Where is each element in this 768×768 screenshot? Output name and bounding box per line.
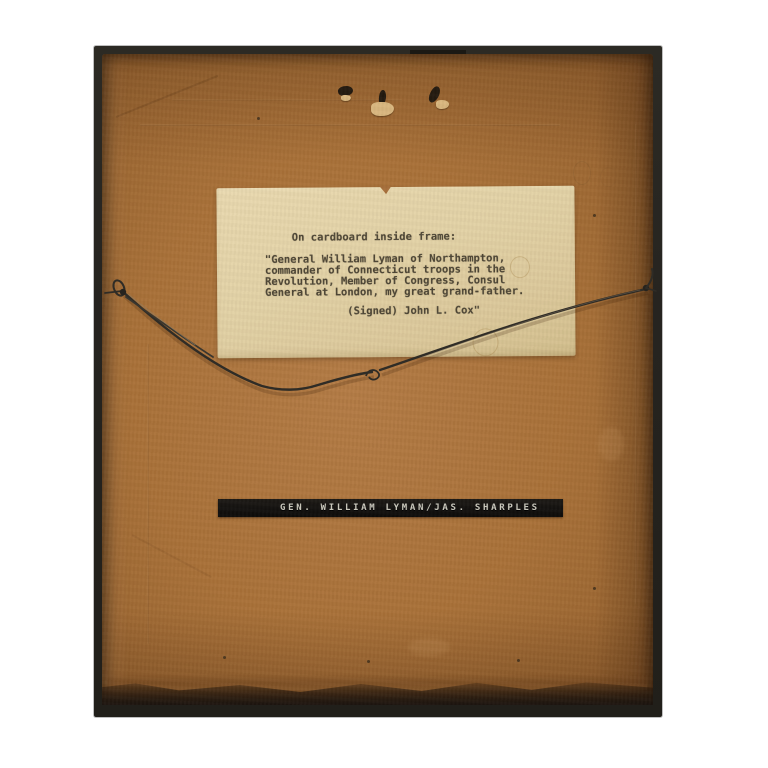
torn-paper-flap — [436, 100, 449, 109]
stain — [598, 427, 624, 461]
label-body: "General William Lyman of Northampton, c… — [265, 253, 575, 299]
torn-paper-flap — [371, 102, 394, 116]
crease — [132, 534, 212, 578]
crease — [140, 124, 560, 126]
nail-hole — [257, 117, 260, 120]
label-signature: (Signed) John L. Cox" — [347, 305, 575, 318]
stain — [408, 638, 450, 656]
crease — [635, 124, 637, 604]
nail-hole — [593, 587, 596, 590]
provenance-label: On cardboard inside frame: "General Will… — [216, 186, 575, 358]
cardboard-backing: On cardboard inside frame: "General Will… — [102, 54, 653, 705]
embossed-name-tape: GEN. WILLIAM LYMAN/JAS. SHARPLES — [218, 499, 563, 517]
nail-hole — [367, 660, 370, 663]
crease — [172, 99, 402, 101]
stain-ring — [472, 328, 498, 356]
nail-hole — [593, 214, 596, 217]
label-line: General at London, my great grand-father… — [265, 286, 575, 299]
picture-frame: On cardboard inside frame: "General Will… — [94, 46, 662, 717]
nail-hole — [517, 659, 520, 662]
stain-ring — [573, 161, 591, 185]
stain-ring — [600, 167, 617, 187]
crease — [147, 344, 149, 644]
crease — [116, 75, 219, 118]
label-tear-notch — [379, 186, 391, 194]
photo-frame-back: On cardboard inside frame: "General Will… — [0, 0, 768, 768]
label-heading: On cardboard inside frame: — [292, 231, 575, 244]
stain-ring — [510, 256, 530, 278]
nail-hole — [223, 656, 226, 659]
